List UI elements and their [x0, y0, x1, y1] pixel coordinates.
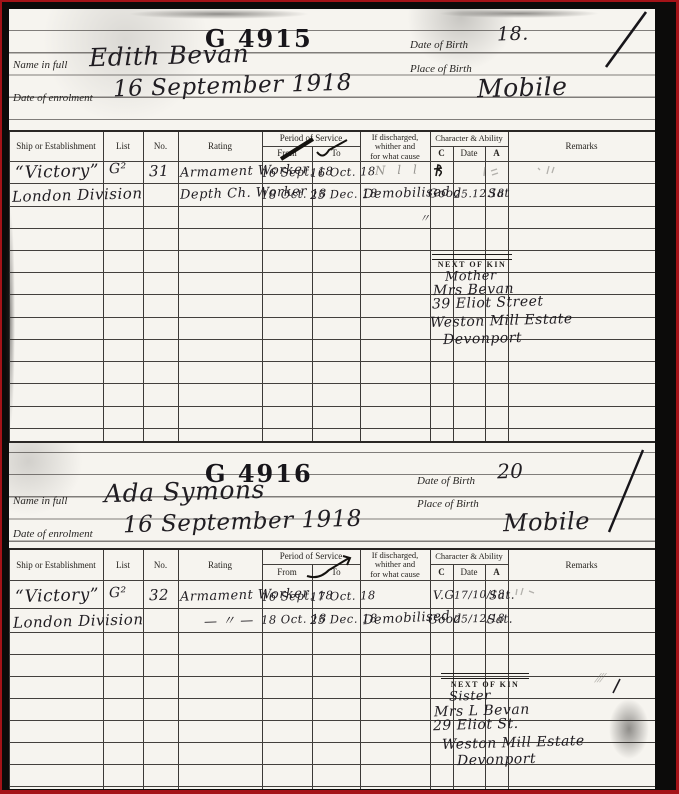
col-header-remarks: Remarks — [508, 142, 655, 152]
cell-c: V.G — [433, 588, 455, 603]
service-table: Ship or Establishment List No. Rating Pe… — [9, 548, 655, 789]
scan-smudge — [609, 699, 649, 759]
table-line — [9, 250, 655, 251]
table-line — [9, 206, 655, 207]
col-header-no: No. — [143, 561, 178, 571]
table-line — [430, 146, 508, 147]
cell-to: 17 Oct. 18 — [310, 588, 376, 604]
col-header-ship: Ship or Establishment — [9, 142, 103, 152]
table-line — [9, 339, 655, 340]
table-line — [9, 228, 655, 229]
col-header-a: A — [485, 568, 508, 578]
table-line — [103, 548, 104, 789]
col-header-discharged: If discharged, whither and for what caus… — [360, 551, 430, 579]
col-header-a: A — [485, 149, 508, 159]
ink-slash-mark — [594, 9, 654, 71]
table-line — [9, 361, 655, 362]
pencil-mark-a — [481, 165, 501, 179]
cell-ship: London Division — [12, 184, 143, 206]
table-line — [178, 130, 179, 442]
table-line — [178, 548, 179, 789]
next-of-kin-address-1: 29 Eliot St. — [433, 716, 519, 734]
next-of-kin-address-1: 39 Eliot Street — [432, 293, 544, 312]
table-line — [143, 548, 144, 789]
col-header-rating: Rating — [178, 142, 262, 152]
cell-ship: “Victory” — [15, 585, 100, 607]
table-line — [9, 764, 655, 765]
service-table: Ship or Establishment List No. Rating Pe… — [9, 130, 655, 442]
next-of-kin-address-3: Devonport — [443, 330, 522, 348]
scanned-service-record-sheet: { "colors": { "paper": "#f6f4ef", "ink":… — [0, 0, 679, 794]
record-card-paper: G 4915 Date of Birth 18. Name in full Ed… — [9, 9, 655, 789]
table-line — [430, 564, 508, 565]
table-line — [430, 548, 431, 789]
table-line — [9, 161, 655, 162]
col-header-c: C — [430, 568, 453, 578]
cell-a: Sat. — [489, 588, 515, 603]
date-of-enrolment-value: 16 September 1918 — [123, 506, 363, 539]
ink-tick-to — [315, 138, 351, 160]
col-header-character: Character & Ability — [430, 552, 508, 561]
place-of-birth-label: Place of Birth — [417, 498, 479, 510]
cell-a: Sat. — [487, 612, 513, 627]
scan-smudge — [439, 9, 599, 18]
col-header-ship: Ship or Establishment — [9, 561, 103, 571]
table-line — [9, 720, 655, 721]
date-of-birth-label: Date of Birth — [417, 475, 475, 487]
date-of-enrolment-value: 16 September 1918 — [113, 70, 353, 103]
date-of-birth-value: 18. — [497, 23, 529, 46]
table-line — [360, 548, 361, 789]
cell-a: Sat — [488, 186, 510, 201]
next-of-kin-label: NEXT OF KIN — [432, 260, 512, 269]
ink-small-slash — [609, 677, 623, 695]
table-line — [9, 608, 655, 609]
table-line — [9, 383, 655, 384]
mobility-value: Mobile — [477, 72, 568, 104]
scan-smudge — [5, 209, 15, 429]
table-line — [9, 676, 655, 677]
col-header-list: List — [103, 561, 143, 571]
table-line — [9, 428, 655, 429]
place-of-birth-label: Place of Birth — [410, 63, 472, 75]
table-line — [9, 698, 655, 699]
col-header-date: Date — [453, 149, 485, 159]
date-of-enrolment-label: Date of enrolment — [13, 92, 93, 104]
pencil-strokes: ⁄⁄⁄ — [597, 671, 605, 685]
col-header-character: Character & Ability — [430, 134, 508, 143]
col-header-remarks: Remarks — [508, 561, 655, 571]
mobility-value: Mobile — [503, 507, 591, 537]
cell-no: 31 — [149, 162, 170, 181]
table-line — [9, 632, 655, 633]
name-in-full-value: Edith Bevan — [89, 39, 250, 72]
date-of-enrolment-label: Date of enrolment — [13, 528, 93, 540]
col-header-c: C — [430, 149, 453, 159]
table-line — [430, 130, 431, 442]
ink-slash-mark — [597, 446, 649, 536]
cell-discharged-pencil: N l l — [375, 162, 421, 177]
name-in-full-label: Name in full — [13, 59, 67, 71]
cell-rating: — 〃 — — [204, 609, 254, 629]
table-line — [262, 548, 263, 789]
table-line — [9, 441, 655, 443]
cell-list: G² — [109, 161, 127, 177]
cell-list: G² — [109, 585, 127, 601]
pencil-mark-remarks — [514, 586, 538, 598]
name-in-full-label: Name in full — [13, 495, 67, 507]
table-line — [9, 272, 655, 273]
col-header-date: Date — [453, 568, 485, 578]
cell-ship: “Victory” — [15, 161, 100, 183]
ink-tick-from — [277, 136, 317, 162]
table-line — [103, 130, 104, 442]
table-line — [9, 580, 655, 581]
date-of-birth-label: Date of Birth — [410, 39, 468, 51]
next-of-kin-address-3: Devonport — [457, 751, 536, 769]
col-header-discharged: If discharged, whither and for what caus… — [360, 133, 430, 161]
cell-no: 32 — [149, 586, 170, 605]
table-line — [9, 548, 655, 550]
table-line — [9, 183, 655, 184]
table-line — [9, 654, 655, 655]
col-header-list: List — [103, 142, 143, 152]
table-line — [143, 130, 144, 442]
name-in-full-value: Ada Symons — [104, 475, 266, 508]
col-header-rating: Rating — [178, 561, 262, 571]
next-of-kin-rule — [441, 673, 529, 679]
ink-tick-to — [305, 554, 353, 580]
ditto-mark: 〃 — [419, 210, 431, 226]
ink-scribble-c — [433, 163, 445, 179]
cell-to: 16 Oct. 18 — [310, 164, 376, 180]
table-line — [9, 406, 655, 407]
table-line — [9, 130, 655, 132]
table-line — [9, 294, 655, 295]
pencil-mark-remarks — [535, 164, 561, 176]
scan-smudge — [129, 9, 309, 19]
col-header-no: No. — [143, 142, 178, 152]
table-line — [9, 548, 10, 789]
table-line — [9, 786, 655, 787]
cell-ship: London Division — [13, 610, 144, 632]
date-of-birth-value: 20 — [497, 459, 524, 484]
